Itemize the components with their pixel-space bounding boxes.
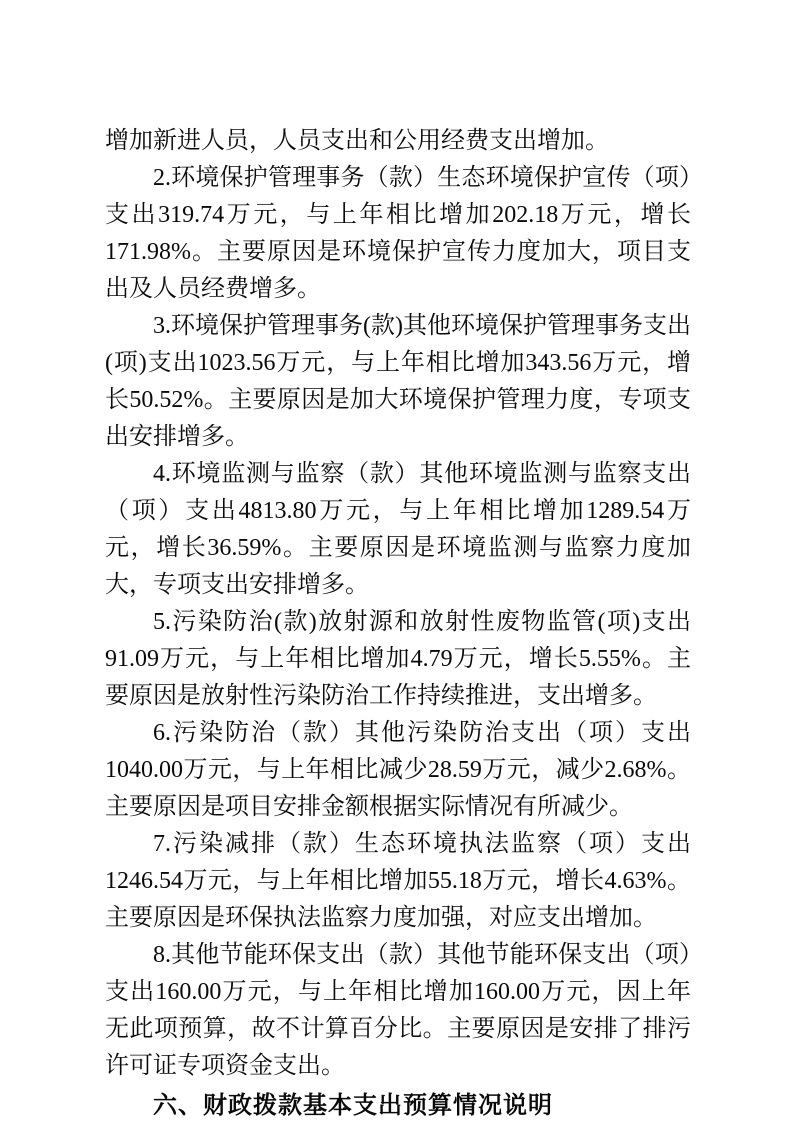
paragraph-item-8: 8.其他节能环保支出（款）其他节能环保支出（项）支出160.00万元，与上年相比… bbox=[105, 937, 691, 1085]
paragraph-item-6: 6.污染防治（款）其他污染防治支出（项）支出1040.00万元，与上年相比减少2… bbox=[105, 715, 691, 826]
document-page: 增加新进人员，人员支出和公用经费支出增加。 2.环境保护管理事务（款）生态环境保… bbox=[0, 0, 793, 1122]
paragraph-item-5: 5.污染防治(款)放射源和放射性废物监管(项)支出91.09万元，与上年相比增加… bbox=[105, 604, 691, 715]
paragraph-item-3: 3.环境保护管理事务(款)其他环境保护管理事务支出(项)支出1023.56万元，… bbox=[105, 308, 691, 456]
document-body: 增加新进人员，人员支出和公用经费支出增加。 2.环境保护管理事务（款）生态环境保… bbox=[105, 123, 691, 1122]
paragraph-continuation: 增加新进人员，人员支出和公用经费支出增加。 bbox=[105, 123, 691, 160]
paragraph-item-7: 7.污染减排（款）生态环境执法监察（项）支出1246.54万元，与上年相比增加5… bbox=[105, 826, 691, 937]
paragraph-item-4: 4.环境监测与监察（款）其他环境监测与监察支出（项）支出4813.80万元，与上… bbox=[105, 456, 691, 604]
paragraph-item-2: 2.环境保护管理事务（款）生态环境保护宣传（项）支出319.74万元，与上年相比… bbox=[105, 160, 691, 308]
section-heading-6: 六、财政拨款基本支出预算情况说明 bbox=[105, 1087, 691, 1122]
